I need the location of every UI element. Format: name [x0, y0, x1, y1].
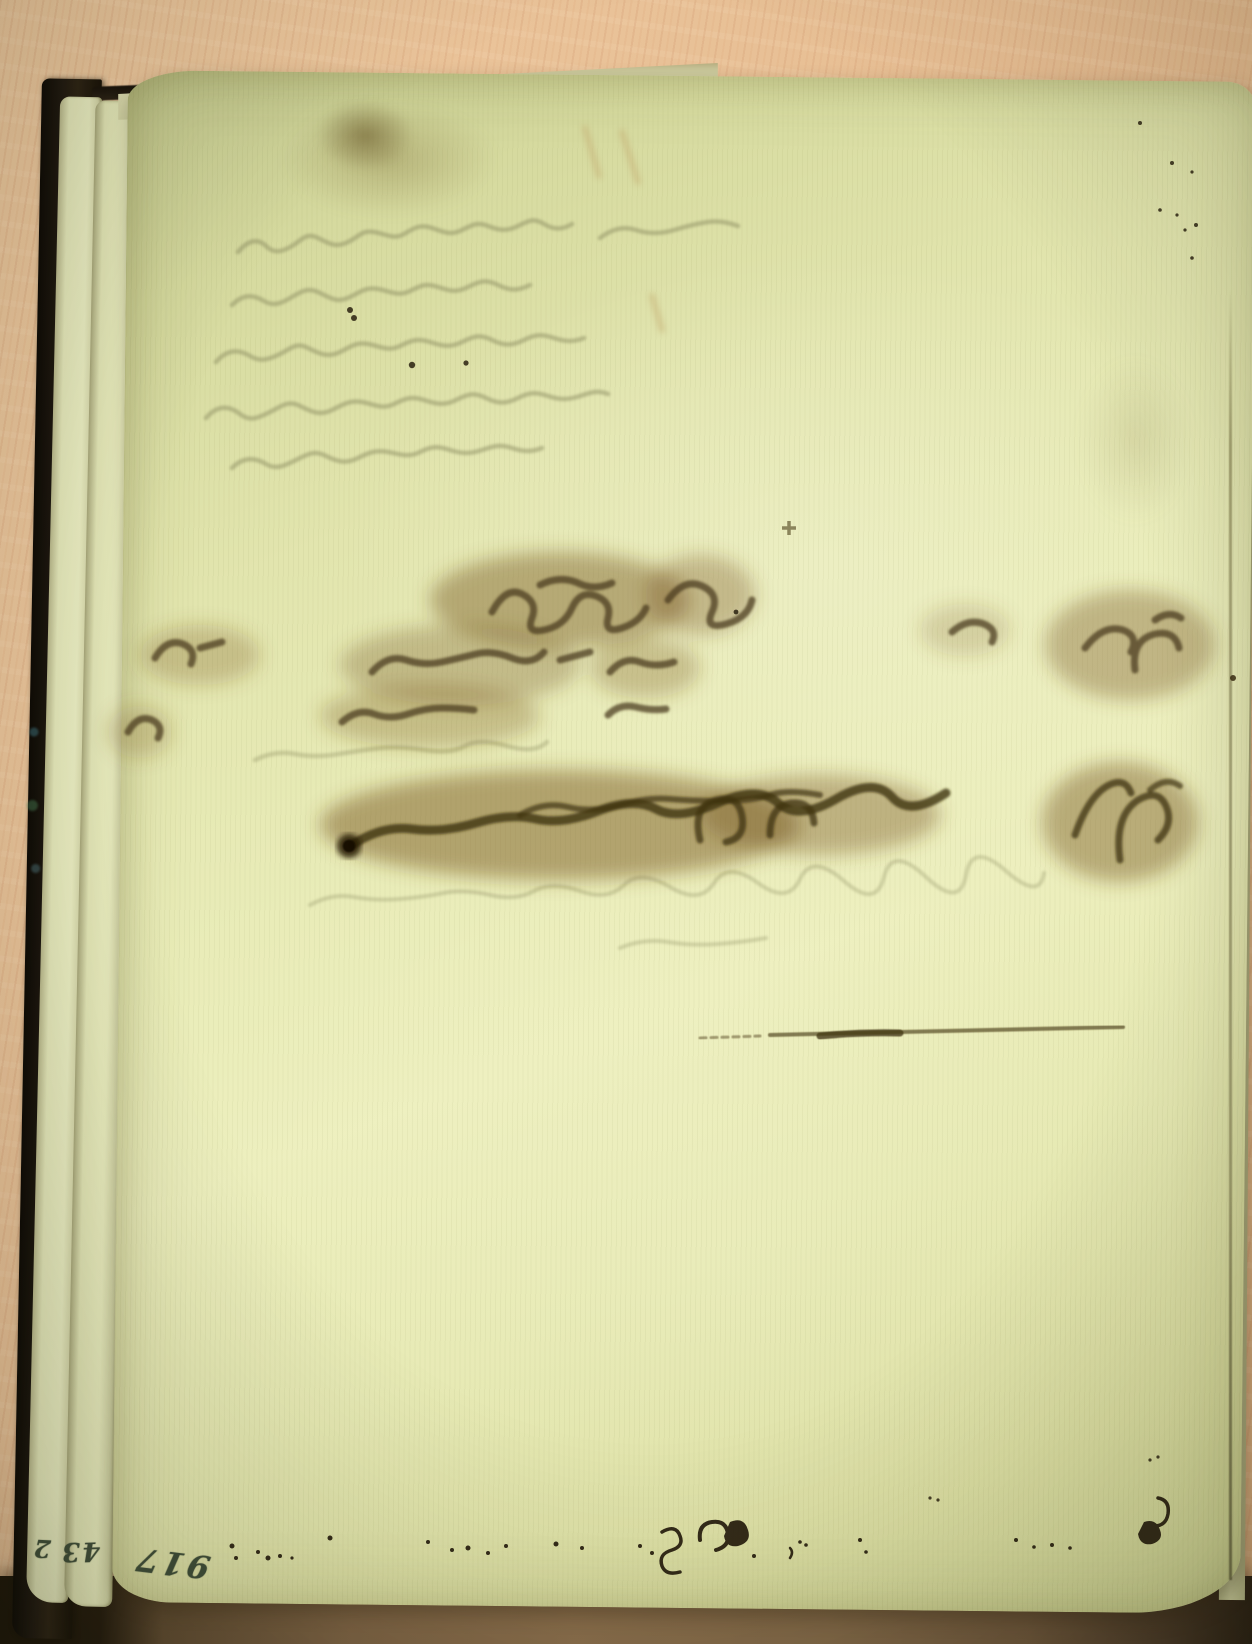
page-number-under-1: 43	[59, 1535, 100, 1566]
paper-stain-core	[300, 88, 430, 183]
paper-stain-right	[1060, 330, 1210, 550]
page-fold-crease	[1229, 290, 1232, 1580]
cover-marbling-flecks	[26, 690, 42, 900]
page-number-under-2: 2	[33, 1534, 51, 1564]
paper-grain-texture	[112, 70, 1252, 1614]
